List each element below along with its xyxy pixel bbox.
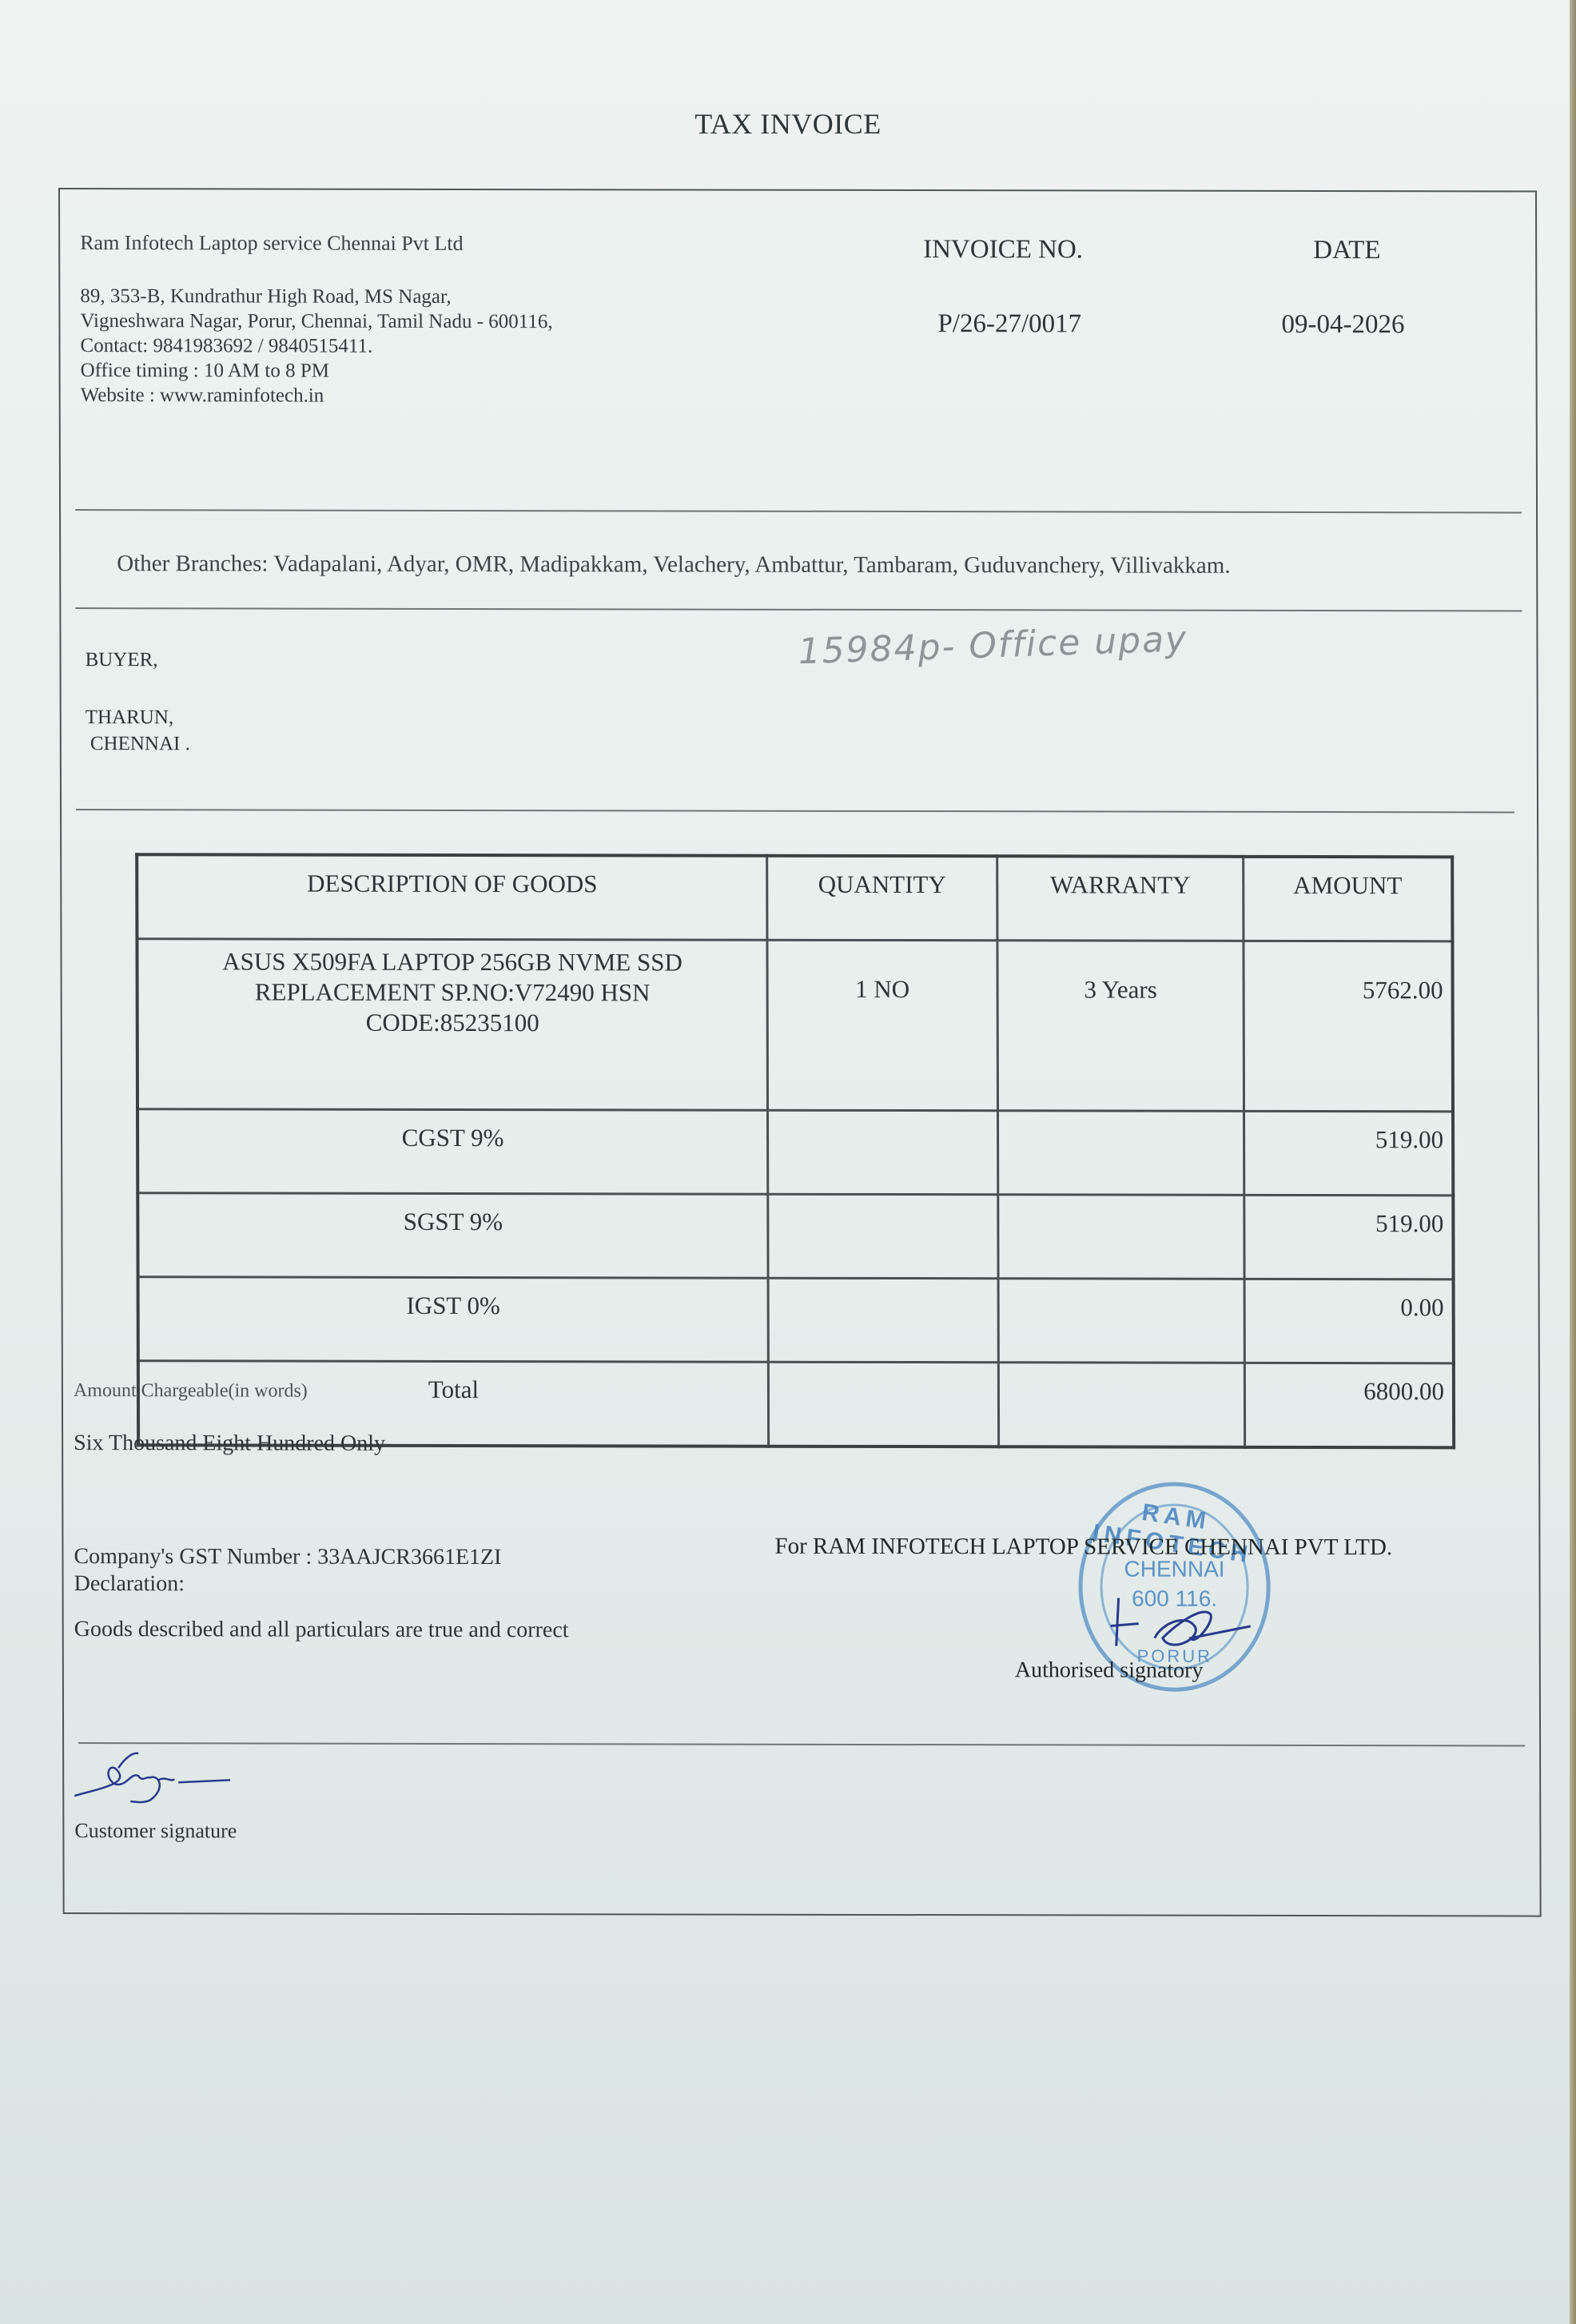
address-line: Vigneshwara Nagar, Porur, Chennai, Tamil… bbox=[80, 308, 552, 334]
goods-table: DESCRIPTION OF GOODS QUANTITY WARRANTY A… bbox=[135, 853, 1455, 1449]
address-line: 89, 353-B, Kundrathur High Road, MS Naga… bbox=[80, 284, 552, 309]
gst-number: Company's GST Number : 33AAJCR3661E1ZI bbox=[74, 1543, 501, 1571]
divider bbox=[75, 509, 1522, 513]
website-line: Website : www.raminfotech.in bbox=[81, 383, 553, 408]
amount-words-label: Amount Chargeable(in words) bbox=[74, 1380, 308, 1403]
gst-block: Company's GST Number : 33AAJCR3661E1ZI D… bbox=[74, 1543, 501, 1598]
handwritten-note: 15984p- Office upay bbox=[798, 619, 1188, 672]
seller-name: Ram Infotech Laptop service Chennai Pvt … bbox=[80, 231, 464, 256]
office-timing-line: Office timing : 10 AM to 8 PM bbox=[81, 358, 553, 384]
tax-label: CGST 9% bbox=[137, 1109, 768, 1195]
page-edge bbox=[1570, 0, 1576, 2324]
invoice-frame: Ram Infotech Laptop service Chennai Pvt … bbox=[58, 188, 1542, 1917]
divider bbox=[75, 607, 1522, 611]
table-row: SGST 9% 519.00 bbox=[137, 1193, 1453, 1279]
other-branches: Other Branches: Vadapalani, Adyar, OMR, … bbox=[117, 551, 1230, 579]
amount-words-value: Six Thousand Eight Hundred Only bbox=[74, 1431, 385, 1457]
header-quantity: QUANTITY bbox=[767, 856, 997, 941]
divider bbox=[76, 809, 1514, 813]
table-row: CGST 9% 519.00 bbox=[137, 1109, 1453, 1196]
tax-amount: 519.00 bbox=[1244, 1111, 1454, 1196]
customer-signature-label: Customer signature bbox=[74, 1819, 237, 1843]
header-warranty: WARRANTY bbox=[997, 856, 1244, 941]
authorised-signature-icon bbox=[1107, 1590, 1259, 1654]
tax-amount: 519.00 bbox=[1244, 1195, 1454, 1279]
invoice-number: P/26-27/0017 bbox=[937, 309, 1081, 339]
buyer-city: CHENNAI . bbox=[90, 733, 190, 755]
invoice-date: 09-04-2026 bbox=[1281, 310, 1404, 340]
for-company-text: For RAM INFOTECH LAPTOP SERVICE CHENNAI … bbox=[774, 1534, 1392, 1561]
tax-label: SGST 9% bbox=[137, 1193, 768, 1279]
table-row: ASUS X509FA LAPTOP 256GB NVME SSD REPLAC… bbox=[137, 939, 1453, 1112]
declaration-text: Goods described and all particulars are … bbox=[74, 1617, 569, 1643]
table-header-row: DESCRIPTION OF GOODS QUANTITY WARRANTY A… bbox=[137, 854, 1452, 941]
table-row: IGST 0% 0.00 bbox=[138, 1277, 1454, 1363]
date-label: DATE bbox=[1313, 236, 1380, 265]
item-quantity: 1 NO bbox=[767, 940, 998, 1111]
description-line: REPLACEMENT SP.NO:V72490 HSN bbox=[147, 977, 758, 1008]
divider bbox=[78, 1742, 1525, 1746]
description-line: CODE:85235100 bbox=[147, 1007, 758, 1038]
buyer-label: BUYER, bbox=[86, 649, 158, 671]
contact-line: Contact: 9841983692 / 9840515411. bbox=[80, 333, 552, 359]
declaration-label: Declaration: bbox=[74, 1570, 502, 1598]
item-warranty: 3 Years bbox=[997, 941, 1244, 1112]
header-description: DESCRIPTION OF GOODS bbox=[137, 854, 767, 940]
seller-address: 89, 353-B, Kundrathur High Road, MS Naga… bbox=[80, 284, 553, 408]
description-line: ASUS X509FA LAPTOP 256GB NVME SSD bbox=[146, 946, 758, 977]
customer-signature-icon bbox=[70, 1744, 230, 1808]
buyer-name: THARUN, bbox=[86, 706, 173, 729]
total-amount: 6800.00 bbox=[1244, 1363, 1454, 1447]
document-title: TAX INVOICE bbox=[0, 107, 1576, 141]
item-description: ASUS X509FA LAPTOP 256GB NVME SSD REPLAC… bbox=[137, 939, 767, 1111]
tax-amount: 0.00 bbox=[1244, 1279, 1454, 1363]
item-amount: 5762.00 bbox=[1244, 941, 1453, 1112]
invoice-number-label: INVOICE NO. bbox=[923, 235, 1083, 265]
authorised-signatory-label: Authorised signatory bbox=[1015, 1657, 1204, 1683]
header-amount: AMOUNT bbox=[1244, 857, 1453, 941]
tax-label: IGST 0% bbox=[138, 1277, 769, 1363]
